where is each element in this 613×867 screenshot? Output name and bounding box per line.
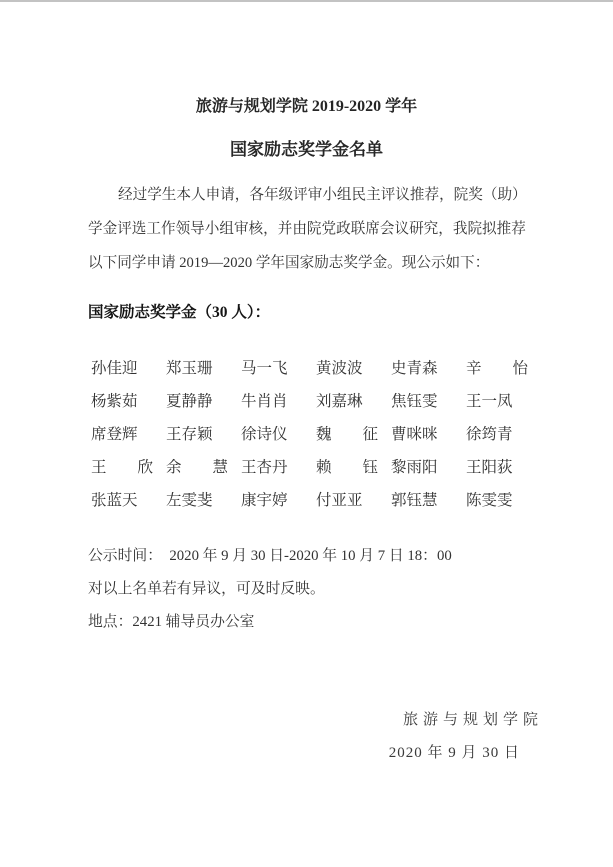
student-name: 郑玉珊: [166, 356, 241, 378]
student-name: 焦钰雯: [391, 389, 466, 411]
intro-line-1: 经过学生本人申请，各年级评审小组民主评议推荐，院奖（助）: [88, 178, 558, 212]
page-top-edge: [0, 0, 613, 2]
student-name: 赖 钰: [316, 455, 391, 477]
student-name: 辛 怡: [466, 356, 541, 378]
document-subtitle: 国家励志奖学金名单: [0, 135, 613, 160]
student-name: 王 欣: [91, 455, 166, 477]
intro-line-3: 以下同学申请 2019—2020 学年国家励志奖学金。现公示如下：: [88, 246, 558, 280]
student-name: 付亚亚: [316, 488, 391, 510]
names-grid: 孙佳迎郑玉珊马一飞黄波波史青森辛 怡杨紫茹夏静静牛肖肖刘嘉琳焦钰雯王一凤席登辉王…: [91, 350, 541, 515]
document-title: 旅游与规划学院 2019-2020 学年: [0, 93, 613, 116]
student-name: 王阳荻: [466, 455, 541, 477]
signature-date: 2020 年 9 月 30 日: [0, 741, 520, 762]
student-name: 史青森: [391, 356, 466, 378]
student-name: 黎雨阳: [391, 455, 466, 477]
student-name: 曹咪咪: [391, 422, 466, 444]
student-name: 徐诗仪: [241, 422, 316, 444]
student-name: 杨紫茹: [91, 389, 166, 411]
notice-period: 公示时间： 2020 年 9 月 30 日-2020 年 10 月 7 日 18…: [88, 540, 558, 573]
student-name: 黄波波: [316, 356, 391, 378]
student-name: 陈雯雯: [466, 488, 541, 510]
notice-location: 地点：2421 辅导员办公室: [88, 606, 558, 639]
signature-department: 旅游与规划学院: [0, 708, 543, 729]
student-name: 孙佳迎: [91, 356, 166, 378]
student-name: 马一飞: [241, 356, 316, 378]
student-name: 康宇婷: [241, 488, 316, 510]
student-name: 夏静静: [166, 389, 241, 411]
student-name: 王杏丹: [241, 455, 316, 477]
student-name: 左雯斐: [166, 488, 241, 510]
student-name: 郭钰慧: [391, 488, 466, 510]
intro-line-2: 学金评选工作领导小组审核，并由院党政联席会议研究，我院拟推荐: [88, 212, 558, 246]
intro-paragraph: 经过学生本人申请，各年级评审小组民主评议推荐，院奖（助） 学金评选工作领导小组审…: [88, 178, 558, 280]
student-name: 张蓝天: [91, 488, 166, 510]
student-name: 席登辉: [91, 422, 166, 444]
notice-objection: 对以上名单若有异议，可及时反映。: [88, 573, 558, 606]
student-name: 刘嘉琳: [316, 389, 391, 411]
student-name: 王存颖: [166, 422, 241, 444]
scholarship-list-heading: 国家励志奖学金（30 人）：: [88, 300, 270, 322]
notice-block: 公示时间： 2020 年 9 月 30 日-2020 年 10 月 7 日 18…: [88, 540, 558, 639]
student-name: 徐筠青: [466, 422, 541, 444]
student-name: 牛肖肖: [241, 389, 316, 411]
student-name: 魏 征: [316, 422, 391, 444]
student-name: 王一凤: [466, 389, 541, 411]
student-name: 余 慧: [166, 455, 241, 477]
